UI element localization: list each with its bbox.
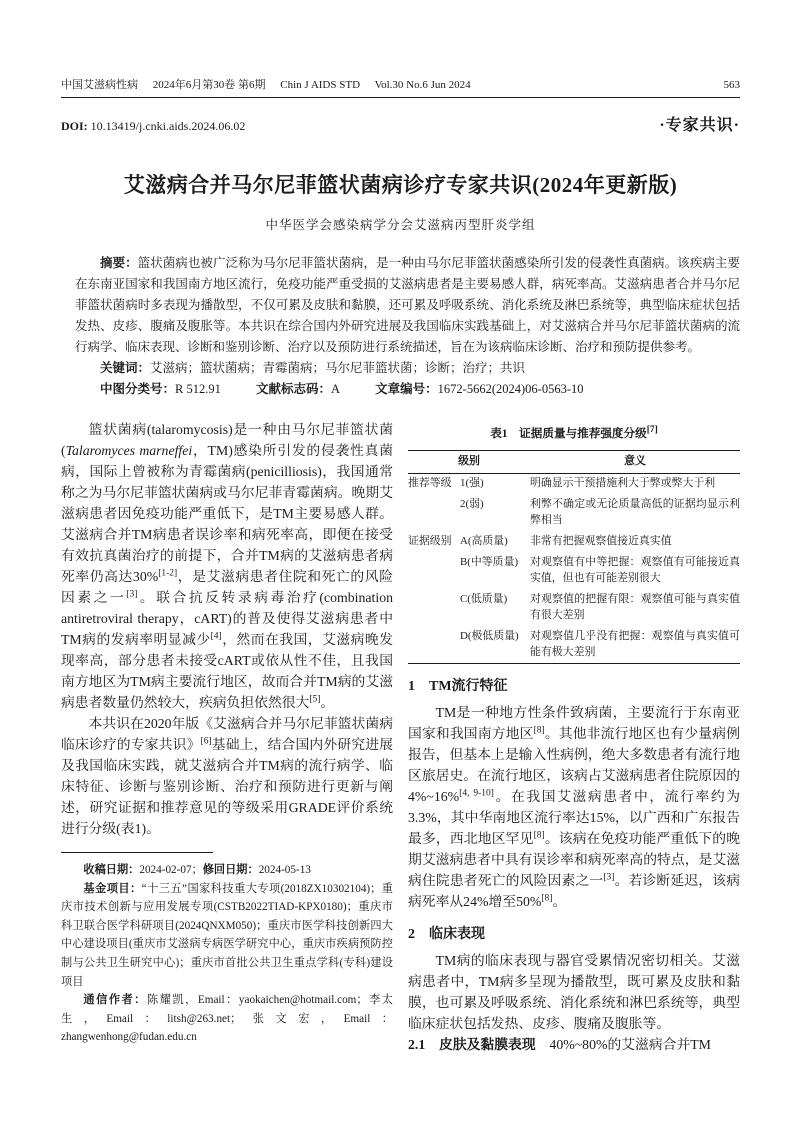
intro-paragraph-2: 本共识在2020年版《艾滋病合并马尔尼菲篮状菌病临床诊疗的专家共识》[6]基础上…: [61, 713, 393, 839]
issue-info-en: Vol.30 No.6 Jun 2024: [375, 79, 471, 91]
funding-note: 基金项目：“十三五”国家科技重大专项(2018ZX10302104)；重庆市技术…: [61, 880, 393, 992]
running-head-left: 中国艾滋病性病 2024年6月第30卷 第6期 Chin J AIDS STD …: [61, 76, 483, 92]
article-id-group: 文章编号：1672-5662(2024)06-0563-10: [375, 382, 583, 396]
evidence-grading-table: 级别 意义 推荐等级 1(强) 明确显示干预措施利大于弊或弊大于利 2(弱) 利…: [408, 450, 740, 664]
doi-row: DOI: 10.13419/j.cnki.aids.2024.06.02 ·专家…: [61, 112, 740, 135]
article-id-value: 1672-5662(2024)06-0563-10: [438, 382, 584, 396]
page-number: 563: [724, 79, 741, 91]
issue-info-cn: 2024年6月第30卷 第6期: [153, 79, 266, 91]
section-2-heading: 2 临床表现: [408, 924, 740, 945]
abstract-paragraph: 摘要：篮状菌病也被广泛称为马尔尼菲篮状菌病，是一种由马尔尼菲篮状菌感染所引发的侵…: [75, 253, 740, 358]
section-2-1-line: 2.1 皮肤及黏膜表现 40%~80%的艾滋病合并TM: [408, 1034, 740, 1055]
article-id-label: 文章编号：: [375, 382, 438, 396]
doi-value: 10.13419/j.cnki.aids.2024.06.02: [91, 119, 246, 133]
table-row: 2(弱) 利弊不确定或无论质量高低的证据均显示利弊相当: [408, 495, 740, 532]
table-row: D(极低质量) 对观察值几乎没有把握：观察值与真实值可能有极大差别: [408, 626, 740, 663]
article-title: 艾滋病合并马尔尼菲篮状菌病诊疗专家共识(2024年更新版): [61, 169, 740, 199]
header-rule: [61, 97, 740, 98]
intro-paragraph-1: 篮状菌病(talaromycosis)是一种由马尔尼菲篮状菌(Talaromyc…: [61, 419, 393, 713]
table-row: 推荐等级 1(强) 明确显示干预措施利大于弊或弊大于利: [408, 473, 740, 494]
footnote-rule: [61, 852, 213, 853]
doc-code-label: 文献标志码：: [256, 382, 331, 396]
journal-page: 中国艾滋病性病 2024年6月第30卷 第6期 Chin J AIDS STD …: [0, 0, 793, 1122]
doc-code-group: 文献标志码：A: [256, 382, 340, 396]
two-column-body: 篮状菌病(talaromycosis)是一种由马尔尼菲篮状菌(Talaromyc…: [61, 419, 740, 1055]
abstract-block: 摘要：篮状菌病也被广泛称为马尔尼菲篮状菌病，是一种由马尔尼菲篮状菌感染所引发的侵…: [75, 253, 740, 400]
received-dates: 收稿日期：2024-02-07；修回日期：2024-05-13: [61, 861, 393, 880]
section-2-paragraph: TM病的临床表现与器官受累情况密切相关。艾滋病患者中，TM病多呈现为播散型，既可…: [408, 950, 740, 1034]
column-header-level: 级别: [408, 451, 530, 474]
table-row: 证据级别 A(高质量) 非常有把握观察值接近真实值: [408, 532, 740, 553]
doi-label: DOI:: [61, 119, 88, 133]
author-group: 中华医学会感染病学分会艾滋病丙型肝炎学组: [61, 215, 740, 233]
classification-line: 中图分类号：R 512.91 文献标志码：A 文章编号：1672-5662(20…: [75, 379, 740, 400]
running-head: 中国艾滋病性病 2024年6月第30卷 第6期 Chin J AIDS STD …: [61, 76, 740, 92]
column-header-meaning: 意义: [530, 451, 740, 474]
journal-name-cn: 中国艾滋病性病: [61, 79, 138, 91]
keywords-line: 关键词：艾滋病；篮状菌病；青霉菌病；马尔尼菲篮状菌；诊断；治疗；共识: [75, 358, 740, 379]
section-1-heading: 1 TM流行特征: [408, 676, 740, 697]
table-row: C(低质量) 对观察值的把握有限：观察值可能与真实值有很大差别: [408, 589, 740, 626]
correspondence-note: 通信作者：陈耀凯，Email：yaokaichen@hotmail.com；李太…: [61, 991, 393, 1047]
journal-name-en: Chin J AIDS STD: [280, 79, 360, 91]
table-header-row: 级别 意义: [408, 451, 740, 474]
doc-code-value: A: [331, 382, 340, 396]
doi: DOI: 10.13419/j.cnki.aids.2024.06.02: [61, 119, 245, 134]
column-mark: ·专家共识·: [659, 112, 740, 135]
table1-title: 表1 证据质量与推荐强度分级[7]: [408, 423, 740, 444]
right-column: 表1 证据质量与推荐强度分级[7] 级别 意义 推荐等级 1(强) 明确显示干预…: [408, 419, 740, 1055]
clc-label: 中图分类号：: [100, 382, 175, 396]
clc-group: 中图分类号：R 512.91: [100, 382, 221, 396]
left-column: 篮状菌病(talaromycosis)是一种由马尔尼菲篮状菌(Talaromyc…: [61, 419, 393, 1055]
clc-value: R 512.91: [175, 382, 221, 396]
table-row: B(中等质量) 对观察值有中等把握：观察值有可能接近真实值，但也有可能差别很大: [408, 553, 740, 590]
section-1-paragraph: TM是一种地方性条件致病菌，主要流行于东南亚国家和我国南方地区[8]。其他非流行…: [408, 702, 740, 912]
footnote-block: 收稿日期：2024-02-07；修回日期：2024-05-13 基金项目：“十三…: [61, 852, 393, 1047]
